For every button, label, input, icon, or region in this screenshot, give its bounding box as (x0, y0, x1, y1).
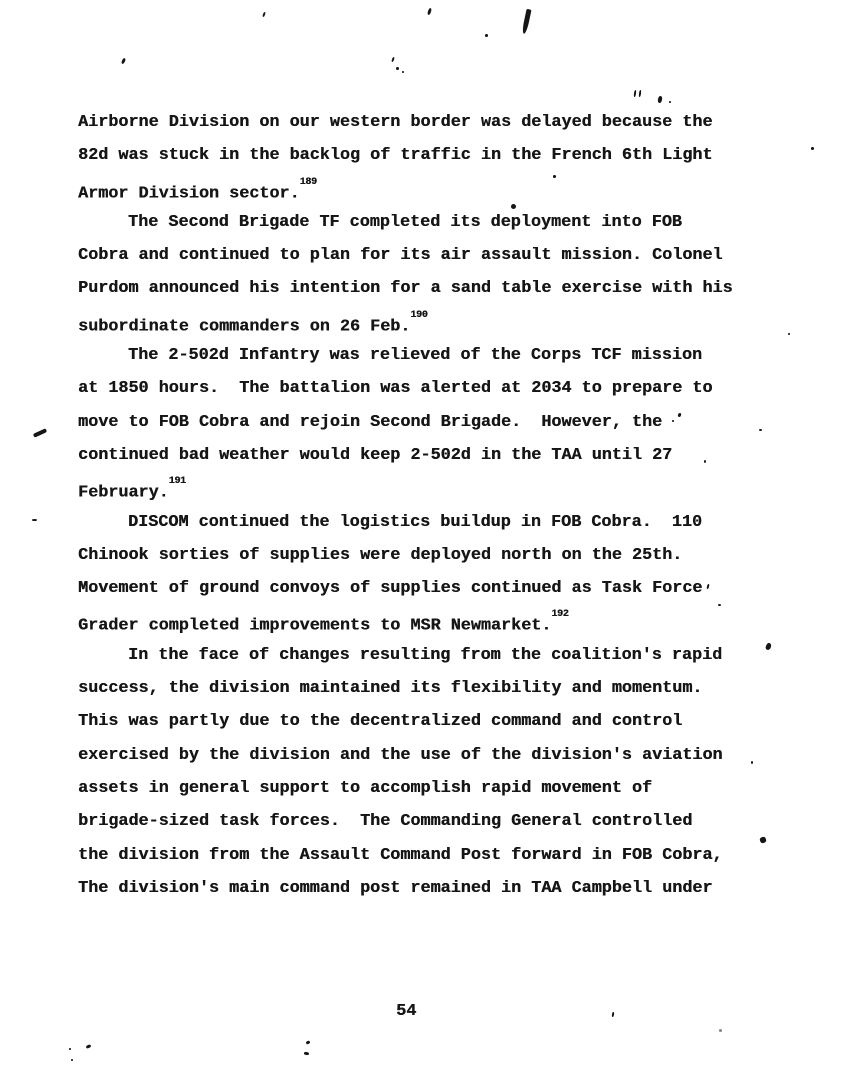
footnote-ref: 192 (551, 609, 568, 620)
text-line: 82d was stuck in the backlog of traffic … (78, 139, 798, 172)
scan-speck (811, 147, 814, 150)
scan-speck (669, 101, 671, 103)
scan-speck (262, 12, 266, 17)
footnote-ref: 189 (300, 177, 317, 188)
line-text: Grader completed improvements to MSR New… (78, 617, 551, 636)
scan-speck (402, 71, 404, 73)
text-line: Chinook sorties of supplies were deploye… (78, 539, 798, 572)
scan-speck (612, 1012, 615, 1017)
line-text: The 2-502d Infantry was relieved of the … (128, 346, 702, 365)
scan-speck (672, 420, 674, 422)
line-text: exercised by the division and the use of… (78, 746, 723, 765)
scan-speck (719, 1029, 722, 1032)
text-line: continued bad weather would keep 2-502d … (78, 439, 798, 472)
scan-speck (511, 204, 516, 209)
line-text: assets in general support to accomplish … (78, 779, 652, 798)
text-line: at 1850 hours. The battalion was alerted… (78, 372, 798, 405)
scan-speck (657, 96, 662, 104)
line-text: DISCOM continued the logistics buildup i… (128, 513, 702, 532)
scan-speck (396, 67, 399, 70)
line-text: Airborne Division on our western border … (78, 113, 712, 132)
line-text: In the face of changes resulting from th… (128, 646, 722, 665)
line-text: Chinook sorties of supplies were deploye… (78, 546, 682, 565)
page-number: 54 (396, 1000, 416, 1024)
scan-speck (553, 175, 556, 178)
line-text: Movement of ground convoys of supplies c… (78, 579, 702, 598)
line-text: Cobra and continued to plan for its air … (78, 246, 723, 265)
text-line: brigade-sized task forces. The Commandin… (78, 805, 798, 838)
line-text: brigade-sized task forces. The Commandin… (78, 812, 692, 831)
text-line: This was partly due to the decentralized… (78, 705, 798, 738)
pen-mark (33, 428, 47, 438)
scan-speck (306, 1040, 311, 1045)
text-line: The 2-502d Infantry was relieved of the … (78, 339, 798, 372)
scan-speck (427, 8, 432, 16)
document-page: Airborne Division on our western border … (0, 0, 850, 1087)
scan-speck (485, 34, 488, 37)
text-line: success, the division maintained its fle… (78, 672, 798, 705)
text-line: The division's main command post remaine… (78, 872, 798, 905)
text-line: exercised by the division and the use of… (78, 739, 798, 772)
scan-speck (304, 1052, 309, 1056)
text-line: the division from the Assault Command Po… (78, 839, 798, 872)
paragraph: In the face of changes resulting from th… (78, 639, 798, 905)
footnote-ref: 191 (169, 476, 186, 487)
line-text: February. (78, 484, 169, 503)
scan-speck (391, 57, 395, 62)
line-text: Purdom announced his intention for a san… (78, 279, 733, 298)
line-text: continued bad weather would keep 2-502d … (78, 446, 672, 465)
text-line: Armor Division sector.189 (78, 173, 798, 206)
scan-speck (86, 1044, 92, 1049)
footnote-ref: 190 (410, 310, 427, 321)
scan-speck (751, 761, 753, 764)
pen-mark (32, 519, 37, 521)
scan-speck (634, 90, 637, 97)
text-line: Airborne Division on our western border … (78, 106, 798, 139)
scan-speck (71, 1059, 73, 1061)
line-text: subordinate commanders on 26 Feb. (78, 317, 410, 336)
paragraph: Airborne Division on our western border … (78, 106, 798, 206)
scan-stroke (521, 9, 531, 34)
paragraph: The Second Brigade TF completed its depl… (78, 206, 798, 339)
text-line: subordinate commanders on 26 Feb.190 (78, 306, 798, 339)
text-line: DISCOM continued the logistics buildup i… (78, 506, 798, 539)
scan-speck (69, 1048, 71, 1050)
scan-speck (759, 429, 762, 431)
line-text: The division's main command post remaine… (78, 879, 712, 898)
line-text: the division from the Assault Command Po… (78, 846, 723, 865)
scan-speck (718, 604, 721, 606)
text-line: Purdom announced his intention for a san… (78, 272, 798, 305)
scan-speck (639, 90, 642, 97)
text-line: Cobra and continued to plan for its air … (78, 239, 798, 272)
paragraph: The 2-502d Infantry was relieved of the … (78, 339, 798, 505)
text-block: Airborne Division on our western border … (78, 106, 798, 905)
line-text: This was partly due to the decentralized… (78, 712, 682, 731)
paragraph: DISCOM continued the logistics buildup i… (78, 506, 798, 639)
text-line: move to FOB Cobra and rejoin Second Brig… (78, 406, 798, 439)
scan-speck (121, 58, 126, 65)
line-text: 82d was stuck in the backlog of traffic … (78, 146, 712, 165)
text-line: Grader completed improvements to MSR New… (78, 605, 798, 638)
text-line: February.191 (78, 472, 798, 505)
line-text: The Second Brigade TF completed its depl… (128, 213, 682, 232)
scan-speck (788, 333, 790, 335)
line-text: move to FOB Cobra and rejoin Second Brig… (78, 413, 662, 432)
line-text: success, the division maintained its fle… (78, 679, 702, 698)
text-line: In the face of changes resulting from th… (78, 639, 798, 672)
line-text: Armor Division sector. (78, 184, 300, 203)
text-line: The Second Brigade TF completed its depl… (78, 206, 798, 239)
scan-speck (704, 460, 706, 463)
text-line: Movement of ground convoys of supplies c… (78, 572, 798, 605)
line-text: at 1850 hours. The battalion was alerted… (78, 379, 712, 398)
text-line: assets in general support to accomplish … (78, 772, 798, 805)
